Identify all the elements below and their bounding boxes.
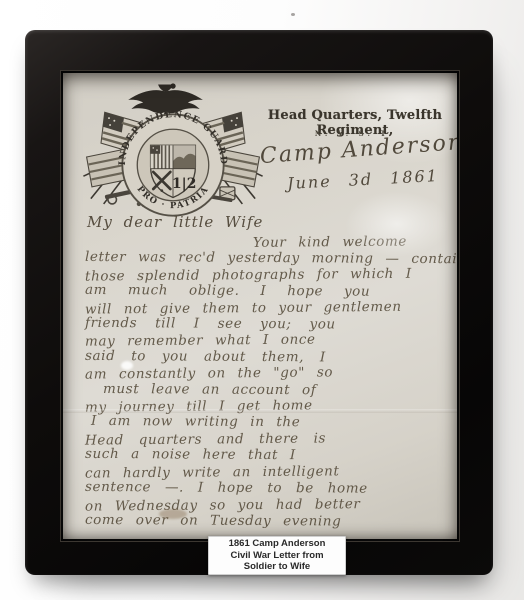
- regimental-crest-emblem: INDEPENDENCE GUARD PRO · PATRIA: [77, 77, 269, 221]
- handwriting-line: come over on Tuesday evening: [85, 512, 447, 531]
- letter-body: Your kind welcome letter was rec'd yeste…: [85, 234, 447, 529]
- caption-line-3: Soldier to Wife: [244, 561, 310, 573]
- ink-stain: [159, 509, 187, 519]
- caption-line-2: Civil War Letter from: [230, 550, 323, 562]
- glass-glare: [345, 191, 449, 257]
- caption-line-1: 1861 Camp Anderson: [229, 538, 326, 550]
- wall-speck: [291, 13, 295, 16]
- handwriting-line: sentence —. I hope to be home: [85, 479, 447, 498]
- caption-label: 1861 Camp Anderson Civil War Letter from…: [208, 536, 346, 575]
- salutation: My dear little Wife: [87, 213, 263, 231]
- date-line: June 3d 1861: [263, 165, 457, 194]
- frame-window: INDEPENDENCE GUARD PRO · PATRIA: [60, 70, 460, 542]
- shield-number: 1|2: [172, 176, 196, 192]
- glass-glare-small: [121, 361, 133, 370]
- paper-fold-line: [63, 409, 457, 413]
- photo-background: INDEPENDENCE GUARD PRO · PATRIA: [0, 0, 524, 600]
- picture-frame: INDEPENDENCE GUARD PRO · PATRIA: [25, 30, 493, 575]
- letter-paper: INDEPENDENCE GUARD PRO · PATRIA: [63, 73, 457, 539]
